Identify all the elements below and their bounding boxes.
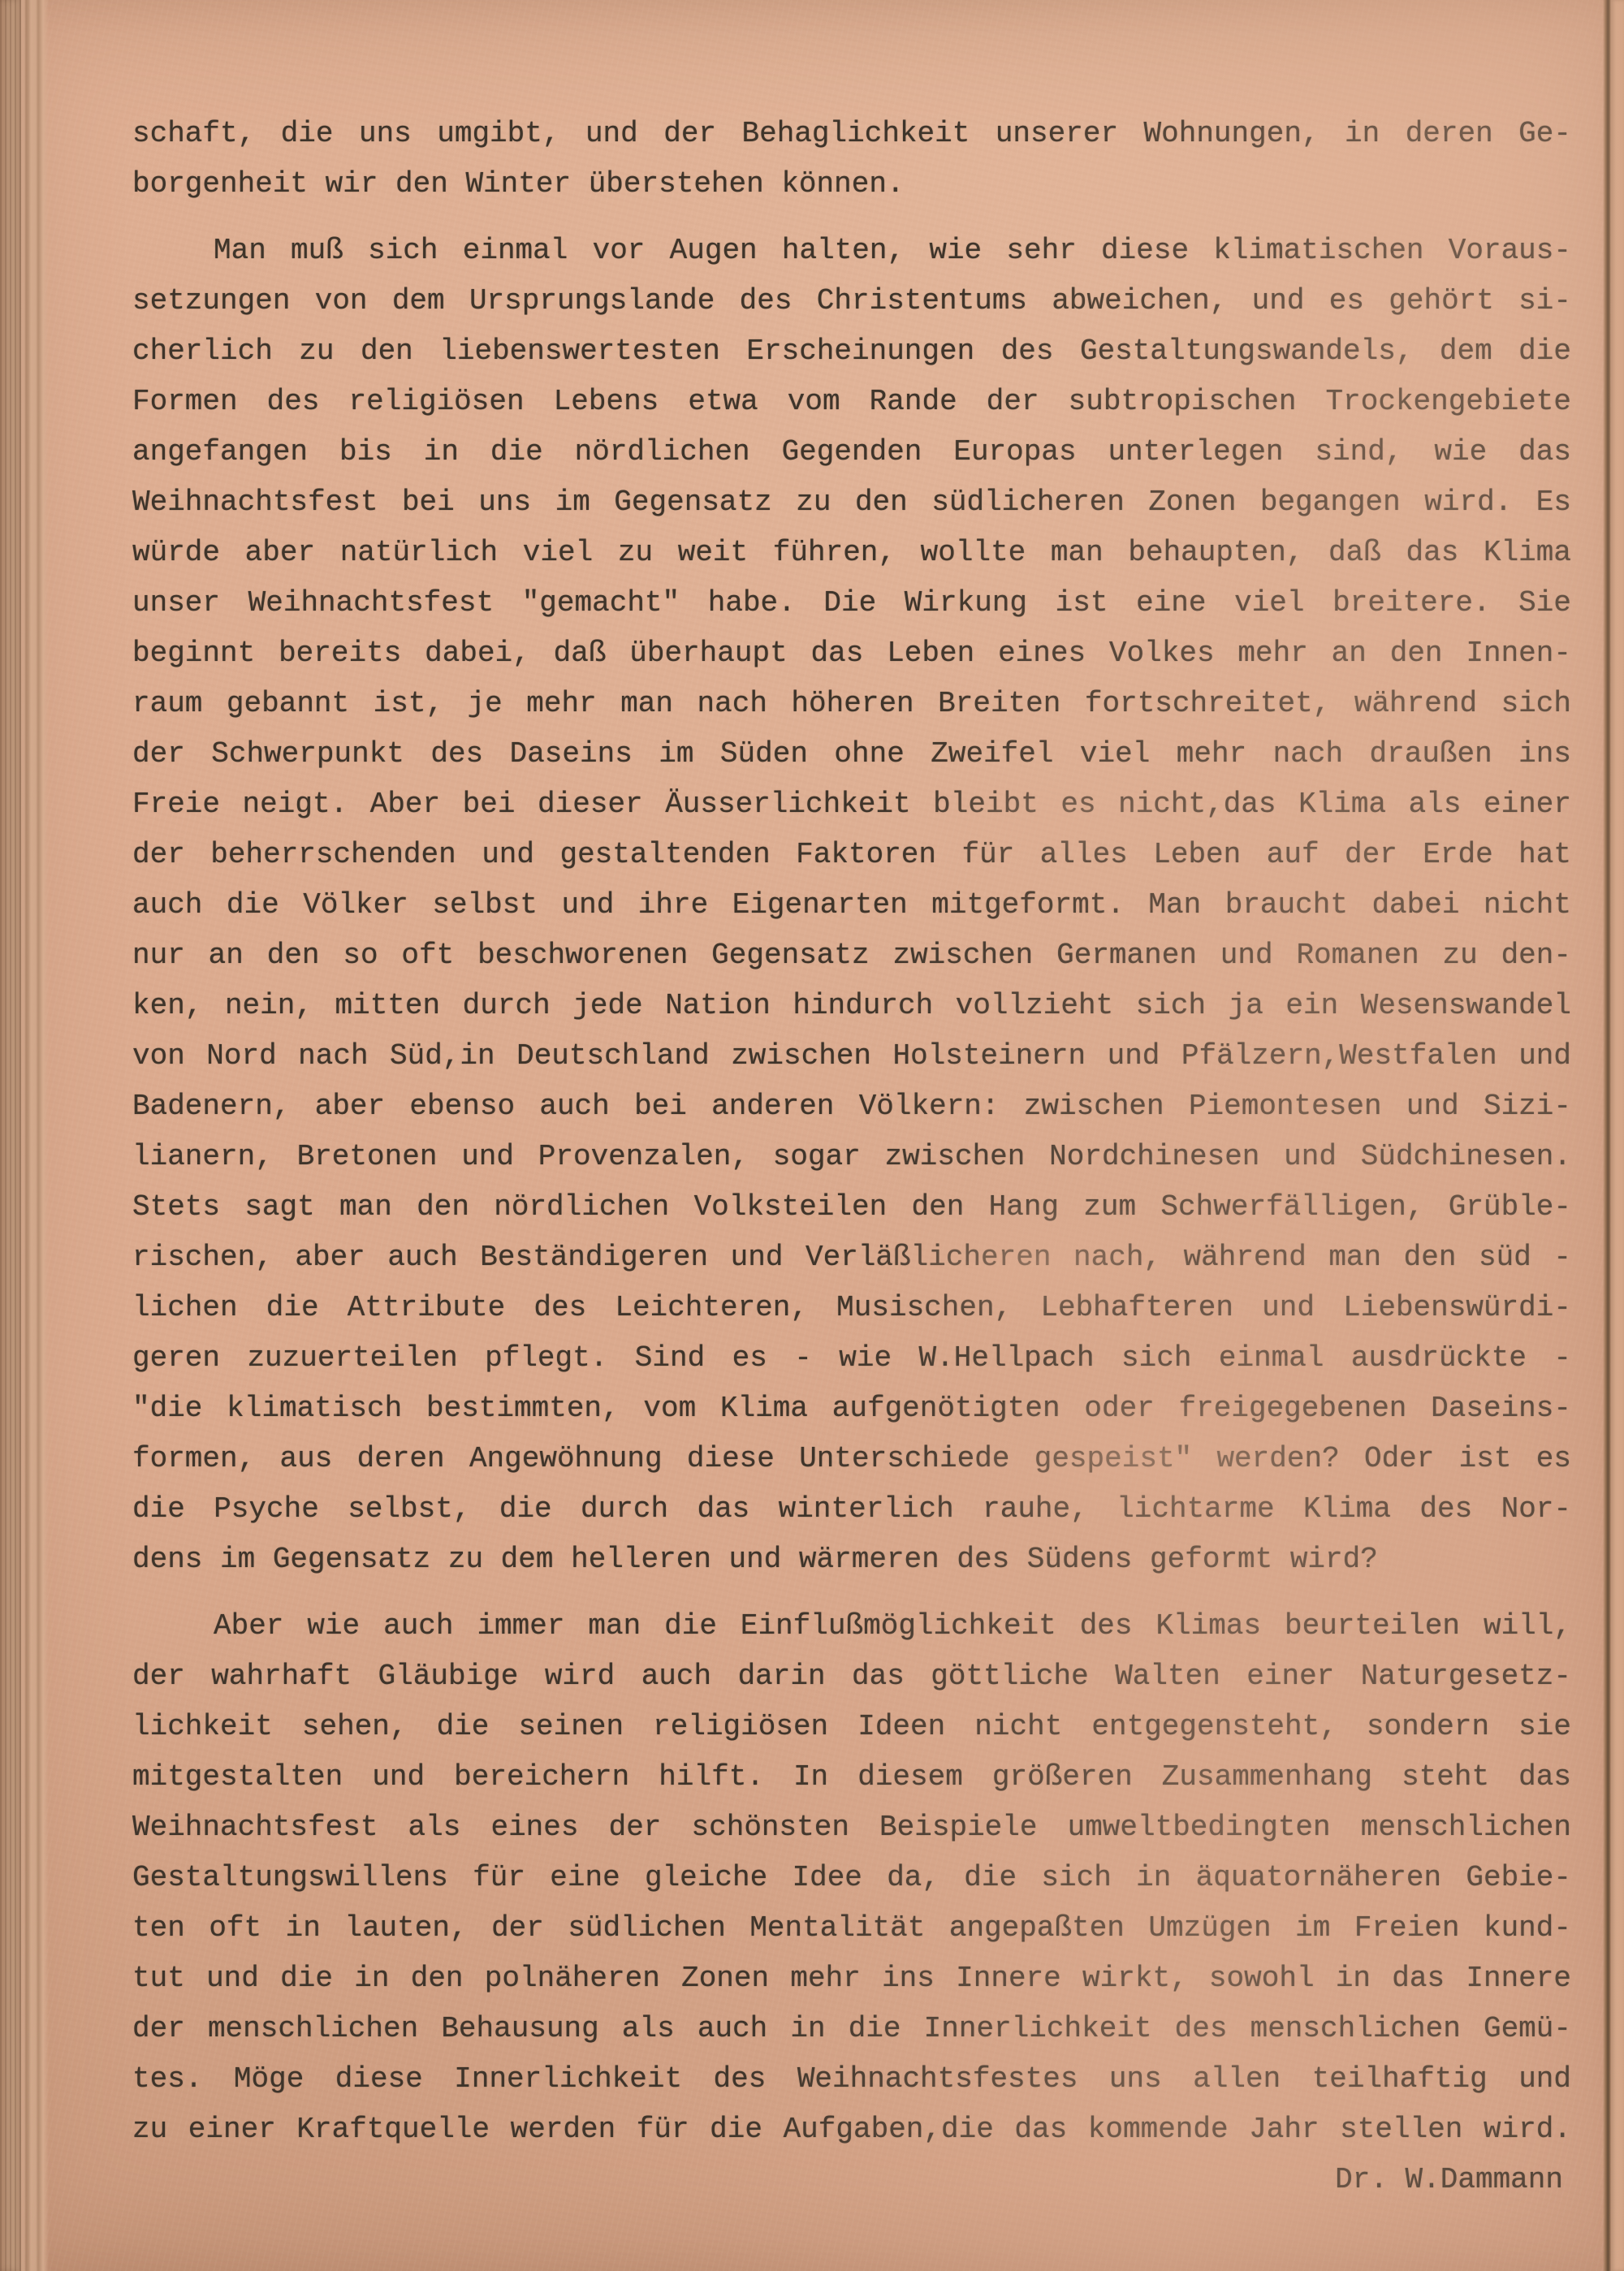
- text-line: Man muß sich einmal vor Augen halten, wi…: [132, 226, 1571, 276]
- text-line: lichen die Attribute des Leichteren, Mus…: [132, 1283, 1571, 1333]
- text-line: lichkeit sehen, die seinen religiösen Id…: [132, 1702, 1571, 1752]
- text-line: tes. Möge diese Innerlichkeit des Weihna…: [132, 2054, 1571, 2105]
- text-line: ken, nein, mitten durch jede Nation hind…: [132, 981, 1571, 1031]
- text-line: würde aber natürlich viel zu weit führen…: [132, 528, 1571, 578]
- text-line: borgenheit wir den Winter überstehen kön…: [132, 159, 1571, 209]
- text-line: Gestaltungswillens für eine gleiche Idee…: [132, 1853, 1571, 1903]
- text-line: auch die Völker selbst und ihre Eigenart…: [132, 880, 1571, 930]
- text-line: rischen, aber auch Beständigeren und Ver…: [132, 1233, 1571, 1283]
- text-line: der wahrhaft Gläubige wird auch darin da…: [132, 1651, 1571, 1702]
- text-line: der Schwerpunkt des Daseins im Süden ohn…: [132, 729, 1571, 779]
- paragraph: schaft, die uns umgibt, und der Behaglic…: [132, 109, 1571, 209]
- signature: Dr. W.Dammann: [132, 2155, 1571, 2205]
- text-line: die Psyche selbst, die durch das winterl…: [132, 1484, 1571, 1535]
- text-line: schaft, die uns umgibt, und der Behaglic…: [132, 109, 1571, 159]
- text-line: angefangen bis in die nördlichen Gegende…: [132, 427, 1571, 477]
- text-line: der menschlichen Behausung als auch in d…: [132, 2004, 1571, 2054]
- text-line: formen, aus deren Angewöhnung diese Unte…: [132, 1434, 1571, 1484]
- text-line: dens im Gegensatz zu dem helleren und wä…: [132, 1535, 1571, 1585]
- text-line: der beherrschenden und gestaltenden Fakt…: [132, 830, 1571, 880]
- text-line: zu einer Kraftquelle werden für die Aufg…: [132, 2105, 1571, 2155]
- text-line: geren zuzuerteilen pflegt. Sind es - wie…: [132, 1333, 1571, 1384]
- text-line: Aber wie auch immer man die Einflußmögli…: [132, 1601, 1571, 1651]
- text-line: nur an den so oft beschworenen Gegensatz…: [132, 930, 1571, 981]
- text-line: raum gebannt ist, je mehr man nach höher…: [132, 679, 1571, 729]
- paragraph: Man muß sich einmal vor Augen halten, wi…: [132, 226, 1571, 1585]
- text-line: beginnt bereits dabei, daß überhaupt das…: [132, 628, 1571, 679]
- text-line: lianern, Bretonen und Provenzalen, sogar…: [132, 1132, 1571, 1182]
- text-line: "die klimatisch bestimmten, vom Klima au…: [132, 1384, 1571, 1434]
- text-line: tut und die in den polnäheren Zonen mehr…: [132, 1954, 1571, 2004]
- text-line: von Nord nach Süd,in Deutschland zwische…: [132, 1031, 1571, 1082]
- document-page: schaft, die uns umgibt, und der Behaglic…: [0, 0, 1624, 2271]
- text-line: Stets sagt man den nördlichen Volksteile…: [132, 1182, 1571, 1233]
- text-line: Freie neigt. Aber bei dieser Äusserlichk…: [132, 779, 1571, 830]
- text-line: setzungen von dem Ursprungslande des Chr…: [132, 276, 1571, 326]
- text-line: Badenern, aber ebenso auch bei anderen V…: [132, 1082, 1571, 1132]
- paragraph: Aber wie auch immer man die Einflußmögli…: [132, 1601, 1571, 2155]
- text-line: Weihnachtsfest als eines der schönsten B…: [132, 1803, 1571, 1853]
- text-line: Weihnachtsfest bei uns im Gegensatz zu d…: [132, 477, 1571, 528]
- text-line: mitgestalten und bereichern hilft. In di…: [132, 1752, 1571, 1803]
- typewritten-text-block: schaft, die uns umgibt, und der Behaglic…: [0, 0, 1624, 2205]
- text-line: unser Weihnachtsfest "gemacht" habe. Die…: [132, 578, 1571, 628]
- text-line: ten oft in lauten, der südlichen Mentali…: [132, 1903, 1571, 1954]
- text-line: Formen des religiösen Lebens etwa vom Ra…: [132, 377, 1571, 427]
- text-line: cherlich zu den liebenswertesten Erschei…: [132, 326, 1571, 377]
